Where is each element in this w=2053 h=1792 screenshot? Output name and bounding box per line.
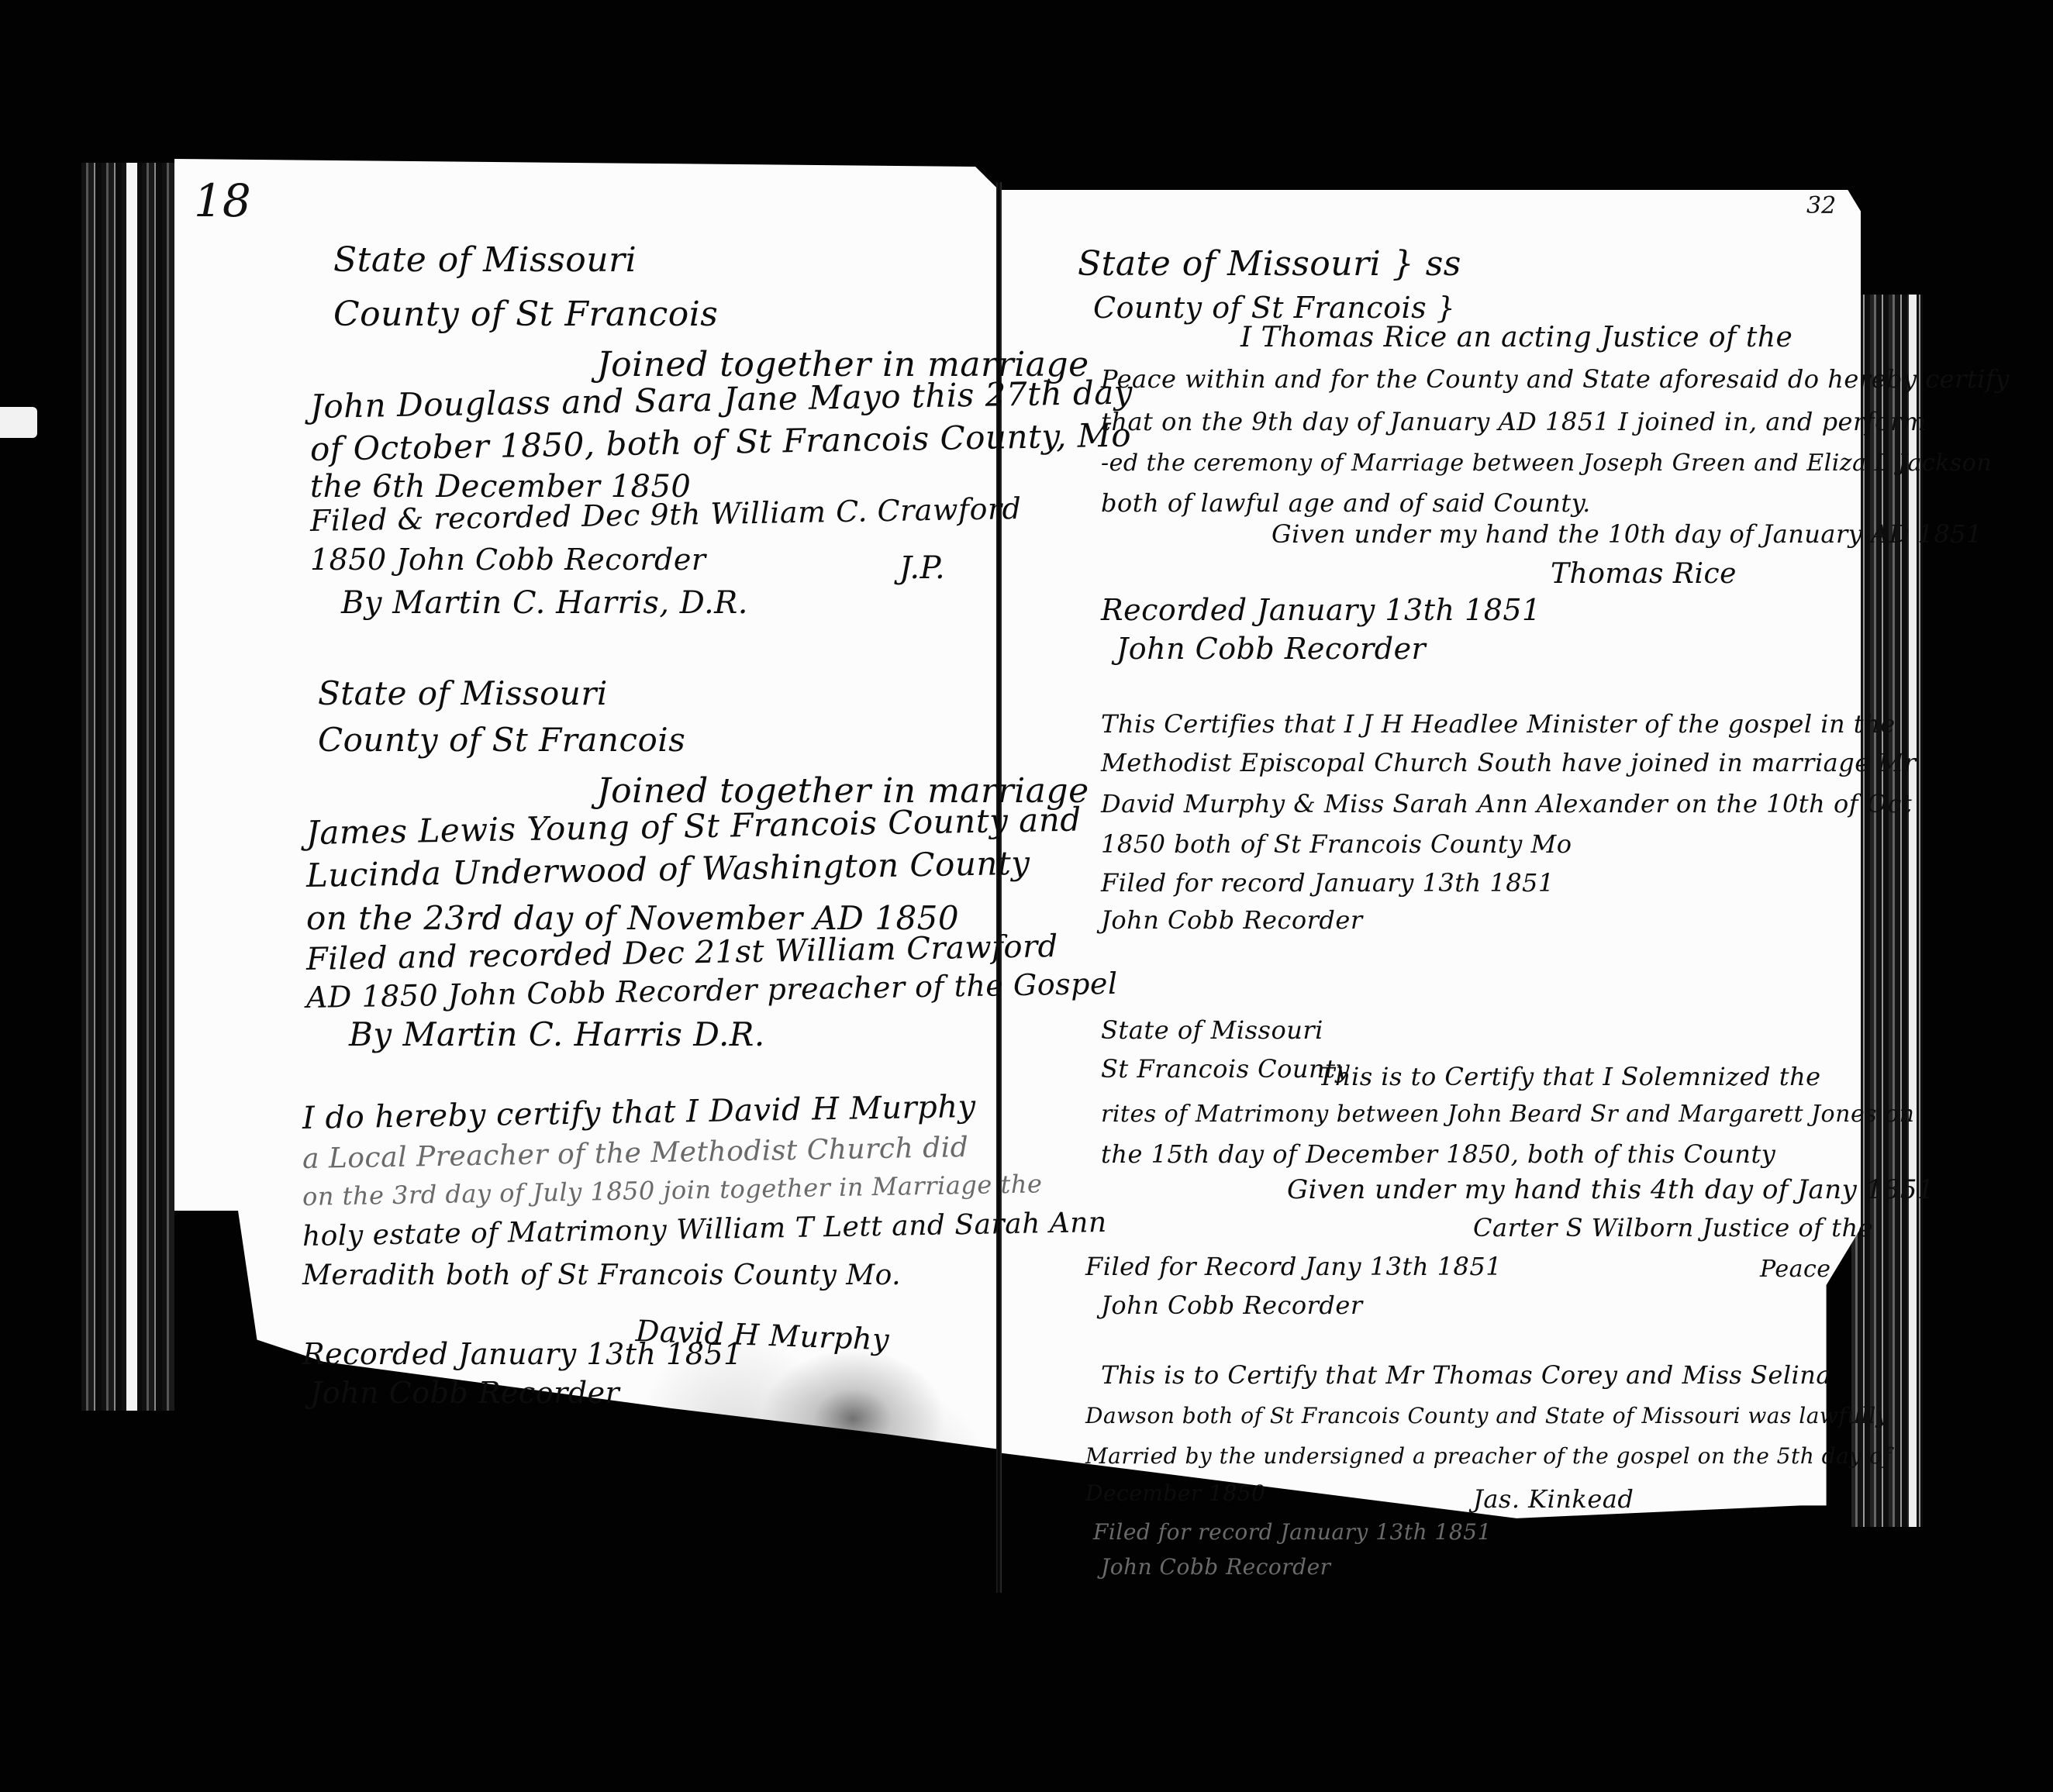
record-line: Peace within and for the County and Stat… (1101, 364, 2010, 394)
record-line: This Certifies that I J H Headlee Minist… (1101, 709, 1896, 739)
record-line: State of Missouri (1101, 1015, 1323, 1045)
record-line: Dawson both of St Francois County and St… (1085, 1403, 1889, 1428)
record-line: 1850 John Cobb Recorder (310, 543, 706, 577)
page-edge-highlight (1909, 295, 1917, 1527)
record-line: Given under my hand the 10th day of Janu… (1271, 519, 1982, 549)
record-line: J.P. (899, 550, 945, 586)
right-page-stack-edge (1851, 295, 1923, 1527)
page-number-left: 18 (194, 174, 251, 227)
record-line: County of St Francois (318, 721, 685, 759)
record-line: I Thomas Rice an acting Justice of the (1240, 322, 1792, 353)
record-line: Recorded January 13th 1851 (1101, 593, 1541, 627)
record-line: Filed for record January 13th 1851 (1101, 868, 1554, 898)
record-line: Married by the undersigned a preacher of… (1085, 1443, 1891, 1469)
record-line: John Cobb Recorder (1101, 1291, 1363, 1320)
signature: Thomas Rice (1551, 558, 1737, 590)
record-line: Recorded January 13th 1851 (302, 1337, 743, 1371)
record-line: Given under my hand this 4th day of Jany… (1287, 1174, 1934, 1205)
record-line: John Cobb Recorder (1101, 1554, 1331, 1580)
record-line: the 15th day of December 1850, both of t… (1101, 1139, 1775, 1169)
left-page-stack-edge (81, 163, 174, 1411)
record-line: State of Missouri } ss (1078, 244, 1461, 284)
record-line: State of Missouri (333, 240, 637, 280)
signature: Jas. Kinkead (1473, 1484, 1634, 1514)
record-line: John Cobb Recorder (1116, 632, 1426, 666)
record-line: -ed the ceremony of Marriage between Jos… (1101, 450, 1992, 477)
record-line: By Martin C. Harris, D.R. (341, 585, 748, 621)
page-number-right: 32 (1806, 192, 1836, 219)
record-line: Meradith both of St Francois County Mo. (302, 1260, 901, 1291)
record-line: This is to Certify that Mr Thomas Corey … (1101, 1360, 1831, 1390)
record-line: Filed for record January 13th 1851 (1093, 1519, 1492, 1545)
record-line: rites of Matrimony between John Beard Sr… (1101, 1101, 1915, 1128)
record-line: Methodist Episcopal Church South have jo… (1101, 748, 1916, 777)
record-line: Filed for Record Jany 13th 1851 (1085, 1252, 1502, 1281)
record-line: St Francois County (1101, 1054, 1350, 1084)
record-line: County of St Francois } (1093, 291, 1455, 325)
page-tab (0, 407, 37, 438)
record-line: Peace (1760, 1256, 1831, 1283)
signature: Carter S Wilborn Justice of the (1473, 1213, 1873, 1242)
record-line: John Cobb Recorder (1101, 905, 1363, 935)
record-line: County of St Francois (333, 295, 718, 334)
record-line: both of lawful age and of said County. (1101, 488, 1591, 518)
record-line: John Cobb Recorder (310, 1376, 619, 1410)
record-line: This is to Certify that I Solemnized the (1318, 1062, 1821, 1091)
record-line: State of Missouri (318, 674, 608, 712)
record-line: By Martin C. Harris D.R. (349, 1015, 765, 1053)
record-line: David Murphy & Miss Sarah Ann Alexander … (1101, 789, 1912, 818)
record-line: December 1850 (1085, 1480, 1265, 1506)
page-edge-highlight (126, 163, 137, 1411)
record-line: that on the 9th day of January AD 1851 I… (1101, 407, 1927, 436)
record-line: 1850 both of St Francois County Mo (1101, 829, 1572, 859)
